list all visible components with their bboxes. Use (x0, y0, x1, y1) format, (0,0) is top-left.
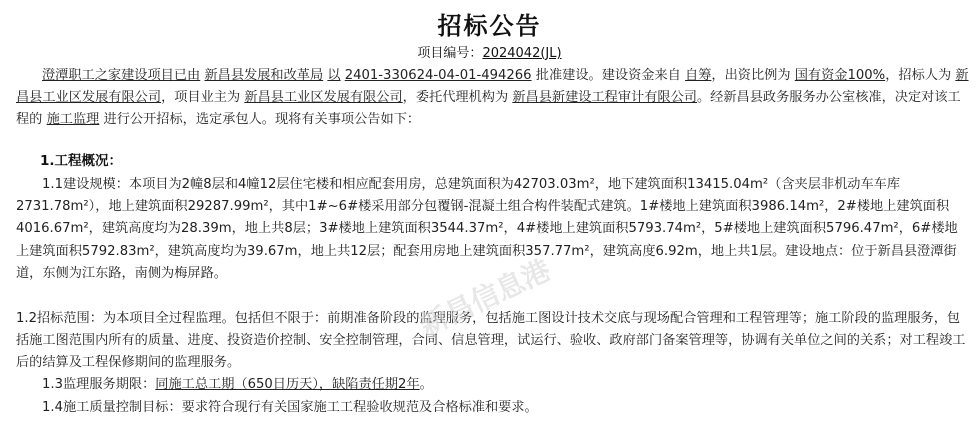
intro-text: ，项目业主为 (161, 90, 240, 105)
intro-text: 以 (327, 68, 340, 83)
owner: 新昌县工业区发展有限公司 (244, 90, 402, 105)
intro-text: 进行公开招标，选定承包人。现将有关事项公告如下： (104, 112, 421, 127)
page-title: 招标公告 (0, 6, 979, 41)
project-number-label: 项目编号： (417, 46, 482, 61)
section-1-2-scope: 1.2招标范围：为本项目全过程监理。包括但不限于：前期准备阶段的监理服务，包括施… (16, 308, 970, 375)
section-1-4-quality: 1.4施工质量控制目标：要求符合现行有关国家施工工程验收规范及合格标准和要求。 (16, 397, 970, 419)
fund-source: 自筹 (685, 68, 711, 83)
project-name: 澄潭职工之家建设项目 (42, 68, 174, 83)
period-value: 同施工总工期（650日历天），缺陷责任期2年 (155, 377, 419, 392)
period-label: 1.3监理服务期限： (42, 377, 155, 392)
approval-number: 2401-330624-04-01-494266 (345, 68, 532, 83)
period-end: 。 (420, 377, 433, 392)
intro-text: ，招标人为 (885, 68, 951, 83)
intro-text: ，出资比例为 (711, 68, 790, 83)
scope-type: 施工监理 (47, 112, 100, 127)
project-number-value: 2024042(JL) (482, 46, 561, 61)
section-heading-overview: 1.工程概况： (40, 149, 122, 169)
intro-text: 批准建设。建设资金来自 (536, 68, 681, 83)
intro-text: ，委托代理机构为 (403, 90, 509, 105)
fund-ratio: 国有资金100% (795, 68, 885, 83)
intro-paragraph: 澄潭职工之家建设项目已由 新昌县发展和改革局 以 2401-330624-04-… (16, 65, 970, 132)
project-number: 项目编号：2024042(JL) (0, 42, 979, 61)
intro-text: 已由 (174, 68, 200, 83)
approver: 新昌县发展和改革局 (204, 68, 323, 83)
section-1-1-scale: 1.1建设规模：本项目为2幢8层和4幢12层住宅楼和相应配套用房，总建筑面积为4… (16, 174, 970, 285)
agent: 新昌县新建设工程审计有限公司 (512, 90, 697, 105)
section-1-3-period: 1.3监理服务期限：同施工总工期（650日历天），缺陷责任期2年。 (16, 374, 970, 396)
